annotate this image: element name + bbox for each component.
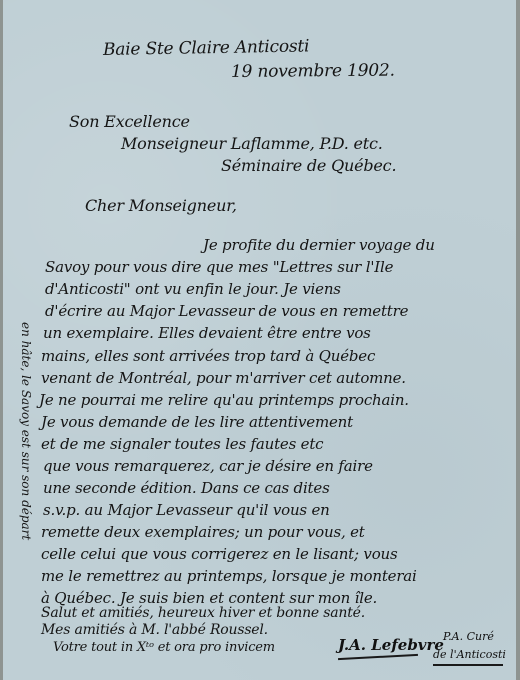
body-line: Je profite du dernier voyage du <box>203 236 435 254</box>
body-line: Salut et amitiés, heureux hiver et bonne… <box>41 605 365 621</box>
body-line: Je ne pourrai me relire qu'au printemps … <box>39 391 409 409</box>
body-line: que vous remarquerez, car je désire en f… <box>43 457 373 475</box>
addressee-line-2: Monseigneur Laflamme, P.D. etc. <box>121 134 383 153</box>
body-line: remette deux exemplaires; un pour vous, … <box>41 523 365 541</box>
body-line: Savoy pour vous dire que mes "Lettres su… <box>45 258 393 276</box>
signature-place: de l'Anticosti <box>433 648 506 661</box>
closing-line: Votre tout in Xᵗᵒ et ora pro invicem <box>53 640 275 655</box>
salutation: Cher Monseigneur, <box>85 196 237 215</box>
body-line: celle celui que vous corrigerez en le li… <box>41 545 397 563</box>
letter-page: Baie Ste Claire Anticosti 19 novembre 19… <box>3 0 516 680</box>
body-line: mains, elles sont arrivées trop tard à Q… <box>41 347 375 365</box>
body-line: Je vous demande de les lire attentivemen… <box>41 413 353 431</box>
body-line: venant de Montréal, pour m'arriver cet a… <box>41 369 406 387</box>
signature-name: J.A. Lefebvre <box>338 636 444 654</box>
addressee-line-1: Son Excellence <box>69 112 190 131</box>
body-line: une seconde édition. Dans ce cas dites <box>43 479 330 497</box>
margin-note: en hâte, le Savoy est sur son départ <box>19 322 33 540</box>
signature-title: P.A. Curé <box>443 630 494 643</box>
date-line: 19 novembre 1902. <box>231 61 395 82</box>
body-line: d'Anticosti" ont vu enfin le jour. Je vi… <box>45 280 341 298</box>
body-line: Mes amitiés à M. l'abbé Roussel. <box>41 622 268 638</box>
body-line: s.v.p. au Major Levasseur qu'il vous en <box>43 501 330 519</box>
addressee-line-3: Séminaire de Québec. <box>221 156 396 175</box>
body-line: d'écrire au Major Levasseur de vous en r… <box>45 302 408 320</box>
signature-flourish <box>338 654 418 660</box>
body-line: et de me signaler toutes les fautes etc <box>41 435 323 453</box>
place-line: Baie Ste Claire Anticosti <box>103 36 310 60</box>
body-line: me le remettrez au printemps, lorsque je… <box>41 567 417 585</box>
signature-underline <box>433 664 503 666</box>
body-line: un exemplaire. Elles devaient être entre… <box>43 324 371 342</box>
